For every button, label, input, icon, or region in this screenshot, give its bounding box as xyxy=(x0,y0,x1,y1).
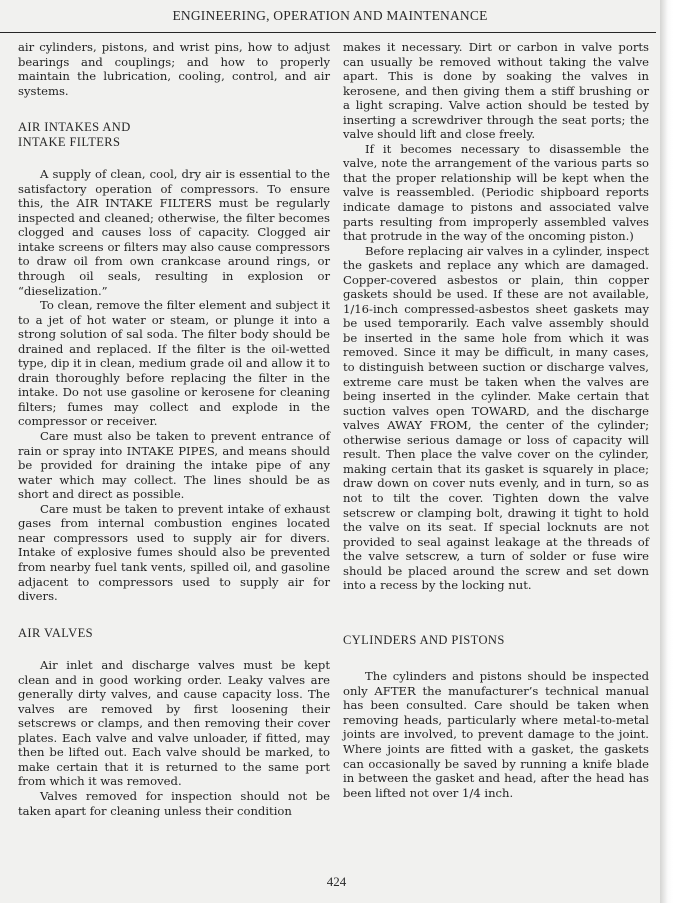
paragraph: Care must also be taken to prevent entra… xyxy=(18,429,330,502)
running-header-title: ENGINEERING, OPERATION AND MAINTENANCE xyxy=(0,8,660,24)
spacer xyxy=(18,98,330,120)
paragraph: Air inlet and discharge valves must be k… xyxy=(18,658,330,789)
spacer xyxy=(343,647,649,669)
spacer xyxy=(18,640,330,658)
paragraph: To clean, remove the filter element and … xyxy=(18,298,330,429)
section-heading-air-valves: AIR VALVES xyxy=(18,626,330,641)
spacer xyxy=(18,604,330,626)
paragraph: Valves removed for inspection should not… xyxy=(18,789,330,818)
heading-line: AIR INTAKES AND xyxy=(18,120,131,134)
right-column: makes it necessary. Dirt or carbon in va… xyxy=(343,40,649,800)
continuation-paragraph: makes it necessary. Dirt or carbon in va… xyxy=(343,40,649,142)
paragraph: Care must be taken to prevent intake of … xyxy=(18,502,330,604)
paragraph: If it becomes necessary to disassemble t… xyxy=(343,142,649,244)
continuation-paragraph: air cylinders, pistons, and wrist pins, … xyxy=(18,40,330,98)
heading-line: INTAKE FILTERS xyxy=(18,135,120,149)
page-edge-shadow xyxy=(660,0,673,903)
book-page: ENGINEERING, OPERATION AND MAINTENANCE a… xyxy=(0,0,660,903)
section-heading-cylinders-pistons: CYLINDERS AND PISTONS xyxy=(343,633,649,648)
paragraph: The cylinders and pistons should be insp… xyxy=(343,669,649,800)
paragraph: Before replacing air valves in a cylinde… xyxy=(343,244,649,593)
spacer xyxy=(343,593,649,633)
spacer xyxy=(18,149,330,167)
header-rule xyxy=(0,32,656,33)
left-column: air cylinders, pistons, and wrist pins, … xyxy=(18,40,330,818)
section-heading-air-intakes: AIR INTAKES AND INTAKE FILTERS xyxy=(18,120,330,149)
paragraph: A supply of clean, cool, dry air is esse… xyxy=(18,167,330,298)
page-number: 424 xyxy=(0,874,673,890)
